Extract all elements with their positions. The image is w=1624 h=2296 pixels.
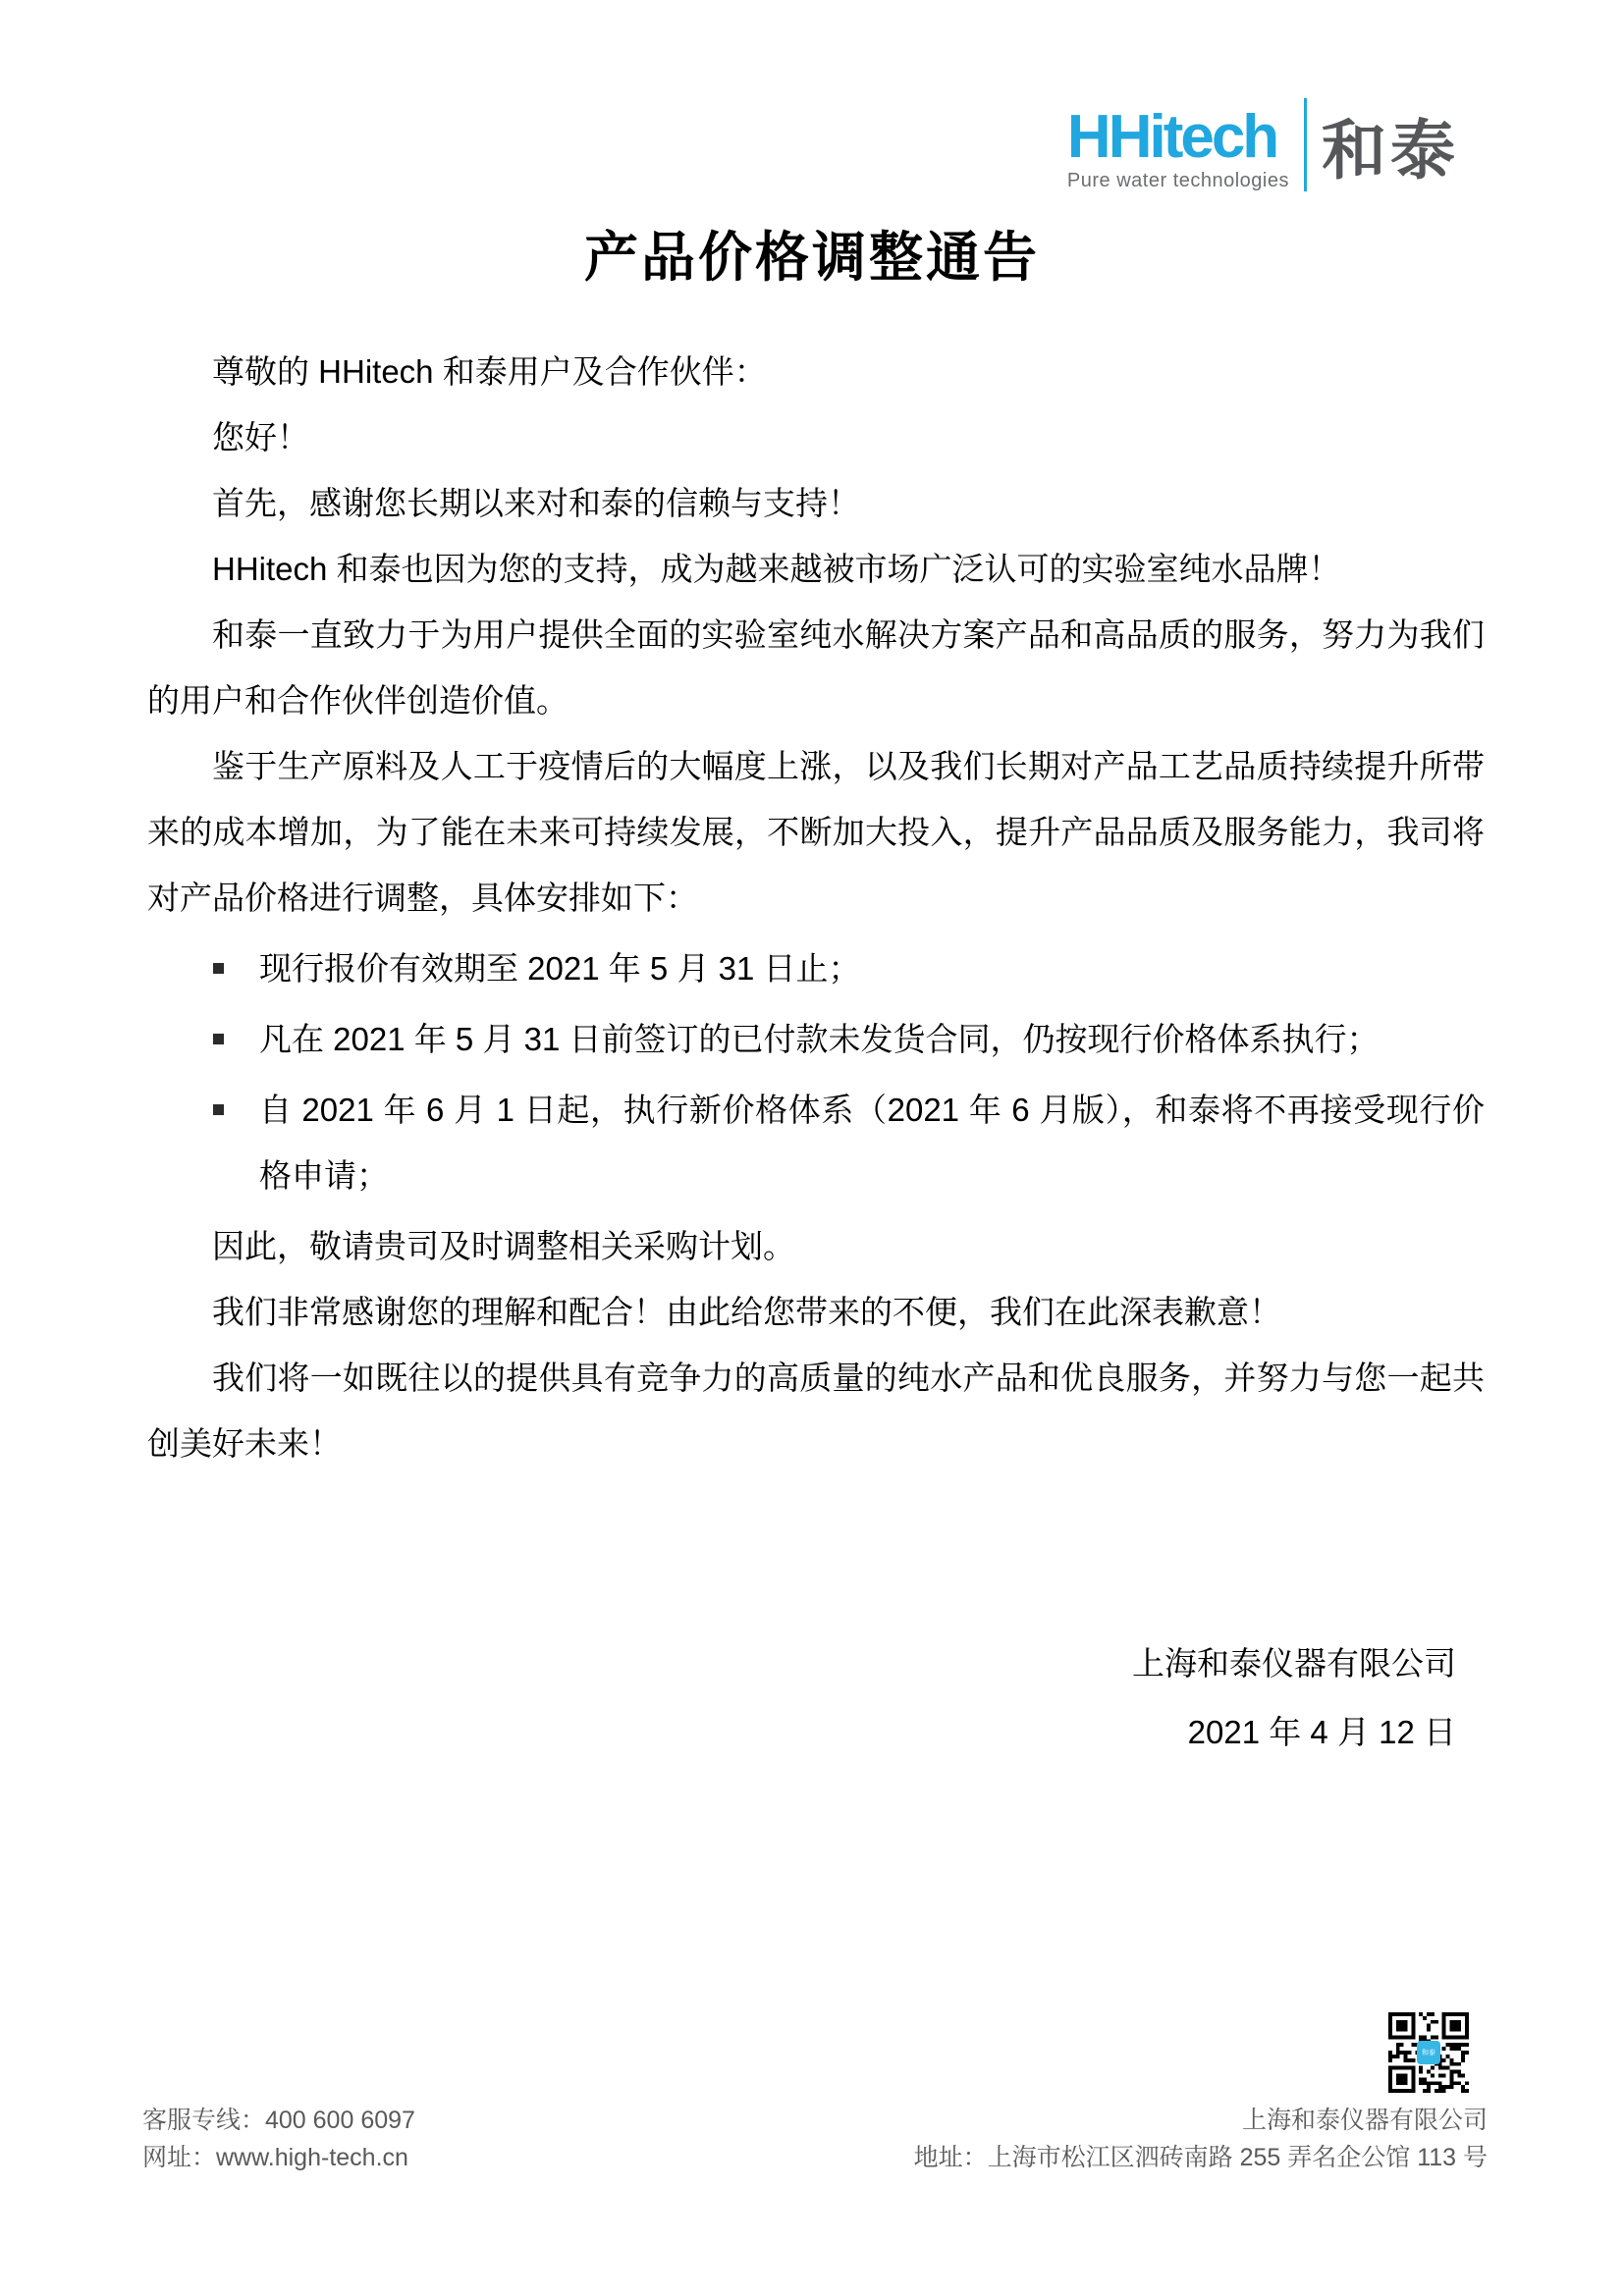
paragraph-brand: HHitech 和泰也因为您的支持，成为越来越被市场广泛认可的实验室纯水品牌！ xyxy=(147,536,1485,602)
salutation: 尊敬的 HHitech 和泰用户及合作伙伴： xyxy=(147,339,1485,404)
list-item-text: 现行报价有效期至 2021 年 5 月 31 日止； xyxy=(259,950,860,987)
footer-address: 地址：上海市松江区泗砖南路 255 弄名企公馆 113 号 xyxy=(914,2139,1488,2176)
signature-company: 上海和泰仪器有限公司 xyxy=(1132,1629,1456,1698)
qr-code: 和泰 xyxy=(1388,2012,1469,2093)
logo-tagline: Pure water technologies xyxy=(1067,170,1289,191)
logo-brand-text: HHitech xyxy=(1067,108,1289,167)
logo-divider xyxy=(1304,98,1307,191)
document-page: HHitech Pure water technologies 和泰 产品价格调… xyxy=(0,0,1624,2296)
company-logo: HHitech Pure water technologies 和泰 xyxy=(1067,98,1459,191)
list-item: 现行报价有效期至 2021 年 5 月 31 日止； xyxy=(259,935,1485,1001)
signature-block: 上海和泰仪器有限公司 2021 年 4 月 12 日 xyxy=(1132,1629,1456,1767)
paragraph-advice: 因此，敬请贵司及时调整相关采购计划。 xyxy=(147,1213,1485,1279)
signature-date: 2021 年 4 月 12 日 xyxy=(1132,1698,1456,1767)
logo-chinese-name: 和泰 xyxy=(1322,98,1459,191)
paragraph-apology: 我们非常感谢您的理解和配合！由此给您带来的不便，我们在此深表歉意！ xyxy=(147,1279,1485,1345)
list-item: 自 2021 年 6 月 1 日起，执行新价格体系（2021 年 6 月版），和… xyxy=(259,1077,1485,1208)
footer-contact: 客服专线：400 600 6097 网址：www.high-tech.cn xyxy=(142,2102,415,2176)
greeting: 您好！ xyxy=(147,404,1485,470)
qr-center-logo: 和泰 xyxy=(1417,2041,1440,2064)
paragraph-reason: 鉴于生产原料及人工于疫情后的大幅度上涨，以及我们长期对产品工艺品质持续提升所带来… xyxy=(147,733,1485,931)
list-item-text: 凡在 2021 年 5 月 31 日前签订的已付款未发货合同，仍按现行价格体系执… xyxy=(259,1021,1379,1057)
paragraph-closing: 我们将一如既往以的提供具有竞争力的高质量的纯水产品和优良服务，并努力与您一起共创… xyxy=(147,1345,1485,1476)
paragraph-mission: 和泰一直致力于为用户提供全面的实验室纯水解决方案产品和高品质的服务，努力为我们的… xyxy=(147,602,1485,733)
footer-service-line: 客服专线：400 600 6097 xyxy=(142,2102,415,2139)
bullet-list: 现行报价有效期至 2021 年 5 月 31 日止； 凡在 2021 年 5 月… xyxy=(147,935,1485,1208)
paragraph-thanks: 首先，感谢您长期以来对和泰的信赖与支持！ xyxy=(147,470,1485,536)
logo-text-block: HHitech Pure water technologies xyxy=(1067,98,1289,191)
list-item-text: 自 2021 年 6 月 1 日起，执行新价格体系（2021 年 6 月版），和… xyxy=(259,1092,1485,1194)
footer-company: 上海和泰仪器有限公司 xyxy=(914,2102,1488,2139)
list-item: 凡在 2021 年 5 月 31 日前签订的已付款未发货合同，仍按现行价格体系执… xyxy=(259,1006,1485,1072)
letter-body: 尊敬的 HHitech 和泰用户及合作伙伴： 您好！ 首先，感谢您长期以来对和泰… xyxy=(147,339,1485,1476)
footer-website: 网址：www.high-tech.cn xyxy=(142,2139,415,2176)
page-title: 产品价格调整通告 xyxy=(0,214,1624,292)
footer-company-info: 上海和泰仪器有限公司 地址：上海市松江区泗砖南路 255 弄名企公馆 113 号 xyxy=(914,2102,1488,2176)
